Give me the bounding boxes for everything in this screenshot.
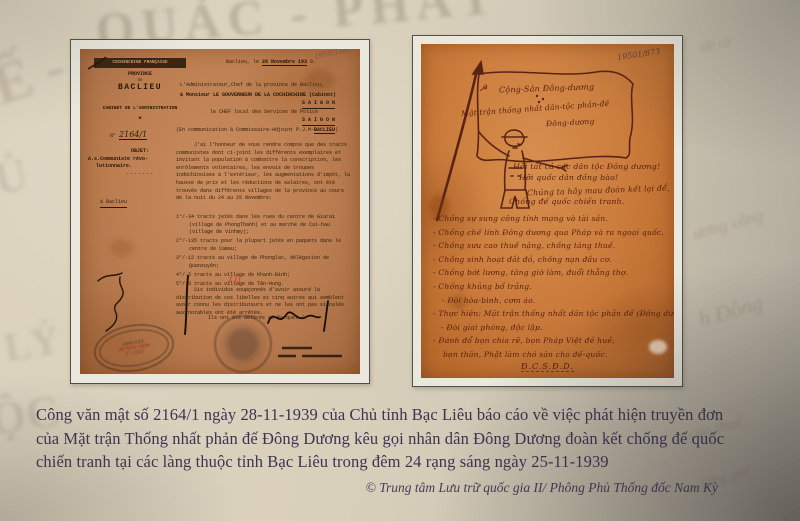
demand-line-5: - Chống bớt lương, tăng giờ làm, đuổi th… (433, 268, 674, 277)
addressee-to2: le CHEF local des Services de Police (210, 109, 352, 117)
demands-list: - Chống sự sung công tính mạng và tài sả… (433, 214, 674, 364)
left-document-frame: 1950/1583 COCHINCHINE FRANÇAISE PROVINCE… (70, 39, 370, 384)
leaflet-signature: Đ.C.S.Đ.D. (521, 362, 574, 372)
archive-credit: © Trung tâm Lưu trữ quốc gia II/ Phông P… (366, 480, 718, 496)
tract-list: 1°/-34 tracts jetés dans les rues du cen… (176, 214, 352, 290)
demand-line-9: - Đòi giai phóng, độc lập. (441, 323, 674, 332)
archive-ref-left: 1950/1583 (314, 49, 353, 61)
body-paragraph-1: J'ai l'honneur de vous rendre compte que… (176, 142, 352, 203)
arrival-oval-stamp-inner (97, 325, 172, 372)
paper-stain (110, 239, 134, 257)
demand-line-7: - Đòi hòa-bình, cơm áo. (442, 296, 674, 305)
appeal-line-2: Hỡi quốc dân đồng bào! (519, 173, 618, 182)
ghost-right-3: h Đông (696, 289, 766, 332)
header-ornament-icon: ◆ (94, 115, 186, 123)
document-number-value: 2164/1 (119, 130, 147, 140)
demand-line-1: - Chống sự sung công tính mạng và tài sả… (433, 214, 674, 223)
ghost-left-2: Ủ (0, 147, 32, 206)
pen-stroke-mark (182, 274, 192, 336)
ghost-left-1: Ế - (0, 32, 73, 118)
demand-line-11: bọn thân, Phật làm chó săn cho đế-quốc. (443, 350, 674, 359)
leaflet-paper: 19501/873 (421, 44, 674, 378)
ghost-right-2: ương công (691, 205, 766, 244)
tract-item-2: 2°/-135 tracts pour la plupart jetés en … (176, 238, 352, 253)
demand-line-8: - Thực hiện: Mặt trận thống nhất dân tộc… (433, 309, 674, 318)
cc-underlined: BACLIEU (314, 127, 335, 134)
date-end: 9. (307, 59, 316, 65)
typed-smudge (276, 345, 346, 361)
hammer-sickle-icon: ☭ (479, 84, 488, 94)
addressee-from: L'Administrateur,Chef de la province de … (180, 82, 352, 90)
addressee-saigon1: S A I G O N (302, 100, 335, 109)
caption-line-3: chiến tranh tại các làng thuộc tỉnh Bạc … (36, 450, 776, 474)
addressee-cc: (En communication à Commissaire-Adjoint … (176, 127, 354, 135)
objet-label: OBJET: (94, 148, 186, 156)
date-mid: 28 Novembre 193 (262, 59, 307, 66)
caption-line-2: của Mặt trận Thống nhất phản đế Đông Dươ… (36, 427, 776, 451)
demand-line-10: - Đánh đổ bọn chia rẽ, bọn Pháp Việt đề … (433, 336, 674, 345)
date-line: Baclieu, le 28 Novembre 193 9. (226, 59, 316, 67)
tract-item-3: 3°/-12 tracts au village de Phonglac, dé… (176, 255, 352, 270)
right-document-frame: 19501/873 (412, 35, 683, 387)
red-scribble-mark (226, 273, 242, 285)
header-baclieu: BACLIEU (94, 84, 186, 92)
date-pre: Baclieu, le (226, 59, 262, 65)
header-cochinchine: COCHINCHINE FRANÇAISE (94, 58, 186, 68)
document-number: N° 2164/1 (110, 131, 147, 141)
caption-line-1: Công văn mật số 2164/1 ngày 28-11-1939 c… (36, 403, 776, 427)
header-cabinet: CABINET DE L'ADMINISTRATION (86, 105, 194, 113)
tract-item-1: 1°/-34 tracts jetés dans les rues du cen… (176, 214, 352, 237)
exhibit-photo: QUẢC - PHÁT Ế - Ủ LÝ ỘC tất cả ương công… (0, 0, 800, 521)
addressee-to1: à Monsieur LE GOUVERNEUR DE LA COCHINCHI… (180, 92, 352, 100)
appeal-line-4: Chống đế quốc chiến tranh. (509, 197, 625, 206)
ghost-left-3: LÝ (0, 316, 63, 372)
addressee-saigon2: S A I G O N (302, 117, 335, 126)
cc-pre: (En communication à Commissaire-Adjoint … (176, 127, 314, 133)
exhibit-caption: Công văn mật số 2164/1 ngày 28-11-1939 c… (36, 403, 776, 474)
appeal-line-1: Hỡi tất cả các dân tộc Đông dương! (513, 162, 660, 171)
demand-line-3: - Chống sưu cao thuế nặng, chống tăng th… (433, 241, 674, 250)
demand-line-6: - Chống khủng bố trắng. (433, 282, 674, 291)
objet-dashes: ------- (94, 171, 186, 179)
tract-item-4: 4°/-5 tracts au village de Khanh-Binh; (176, 272, 352, 280)
demand-line-2: - Chống chế lính Đông dương qua Pháp và … (433, 228, 674, 237)
margin-note: à Baclieu (100, 199, 127, 208)
cc-end: ) (335, 127, 338, 133)
demand-line-4: - Chống sinh hoạt đắt đỏ, chống nạn đầu … (433, 255, 674, 264)
french-report-paper: 1950/1583 COCHINCHINE FRANÇAISE PROVINCE… (80, 49, 360, 374)
ghost-right-1: tất cả (699, 35, 733, 57)
administrator-signature (262, 297, 342, 337)
document-number-label: N° (110, 133, 116, 139)
